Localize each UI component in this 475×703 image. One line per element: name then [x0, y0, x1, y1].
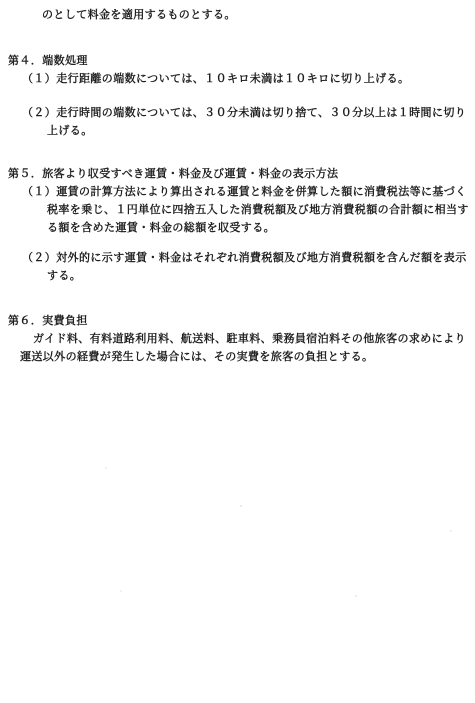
- section-5-item-2: （２）対外的に示す運賃・料金はそれぞれ消費税額及び地方消費税額を含んだ額を表示 …: [22, 249, 471, 285]
- section-5-heading: 第５．旅客より収受すべき運賃・料金及び運賃・料金の表示方法: [8, 165, 471, 183]
- section-4-item-2: （２）走行時間の端数については、３０分未満は切り捨て、３０分以上は１時間に切り …: [22, 104, 471, 140]
- section-5-item-2-line-1: （２）対外的に示す運賃・料金はそれぞれ消費税額及び地方消費税額を含んだ額を表示: [22, 249, 471, 267]
- section-5-item-1: （１）運賃の計算方法により算出される運賃と料金を併算した額に消費税法等に基づく …: [22, 183, 471, 237]
- section-6-paragraph-line-2: 運送以外の経費が発生した場合には、その実費を旅客の負担とする。: [20, 348, 471, 366]
- continuation-text: のとして料金を適用するものとする。: [42, 6, 236, 24]
- section-4: 第４．端数処理 （１）走行距離の端数については、１０キロ未満は１０キロに切り上げ…: [8, 52, 471, 140]
- section-5-item-1-line-2: 税率を乗じ、１円単位に四捨五入した消費税額及び地方消費税額の合計額に相当す: [47, 201, 471, 219]
- section-6-paragraph-line-1: ガイド料、有料道路利用料、航送料、駐車料、乗務員宿泊料その他旅客の求めにより: [33, 330, 471, 348]
- section-5: 第５．旅客より収受すべき運賃・料金及び運賃・料金の表示方法 （１）運賃の計算方法…: [8, 165, 471, 285]
- section-5-item-1-line-1: （１）運賃の計算方法により算出される運賃と料金を併算した額に消費税法等に基づく: [22, 183, 471, 201]
- section-4-item-2-line-1: （２）走行時間の端数については、３０分未満は切り捨て、３０分以上は１時間に切り: [22, 104, 471, 122]
- section-4-item-1: （１）走行距離の端数については、１０キロ未満は１０キロに切り上げる。: [22, 70, 471, 88]
- section-4-heading: 第４．端数処理: [8, 52, 471, 70]
- section-4-item-1-line-1: （１）走行距離の端数については、１０キロ未満は１０キロに切り上げる。: [22, 70, 471, 88]
- section-5-item-1-line-3: る額を含めた運賃・料金の総額を収受する。: [47, 219, 471, 237]
- scanned-document-page: のとして料金を適用するものとする。 第４．端数処理 （１）走行距離の端数について…: [0, 0, 475, 703]
- section-6-paragraph: ガイド料、有料道路利用料、航送料、駐車料、乗務員宿泊料その他旅客の求めにより 運…: [8, 330, 471, 366]
- section-5-item-2-line-2: する。: [47, 267, 471, 285]
- section-6: 第６．実費負担 ガイド料、有料道路利用料、航送料、駐車料、乗務員宿泊料その他旅客…: [8, 312, 471, 366]
- section-6-heading: 第６．実費負担: [8, 312, 471, 330]
- section-4-item-2-line-2: 上げる。: [47, 122, 471, 140]
